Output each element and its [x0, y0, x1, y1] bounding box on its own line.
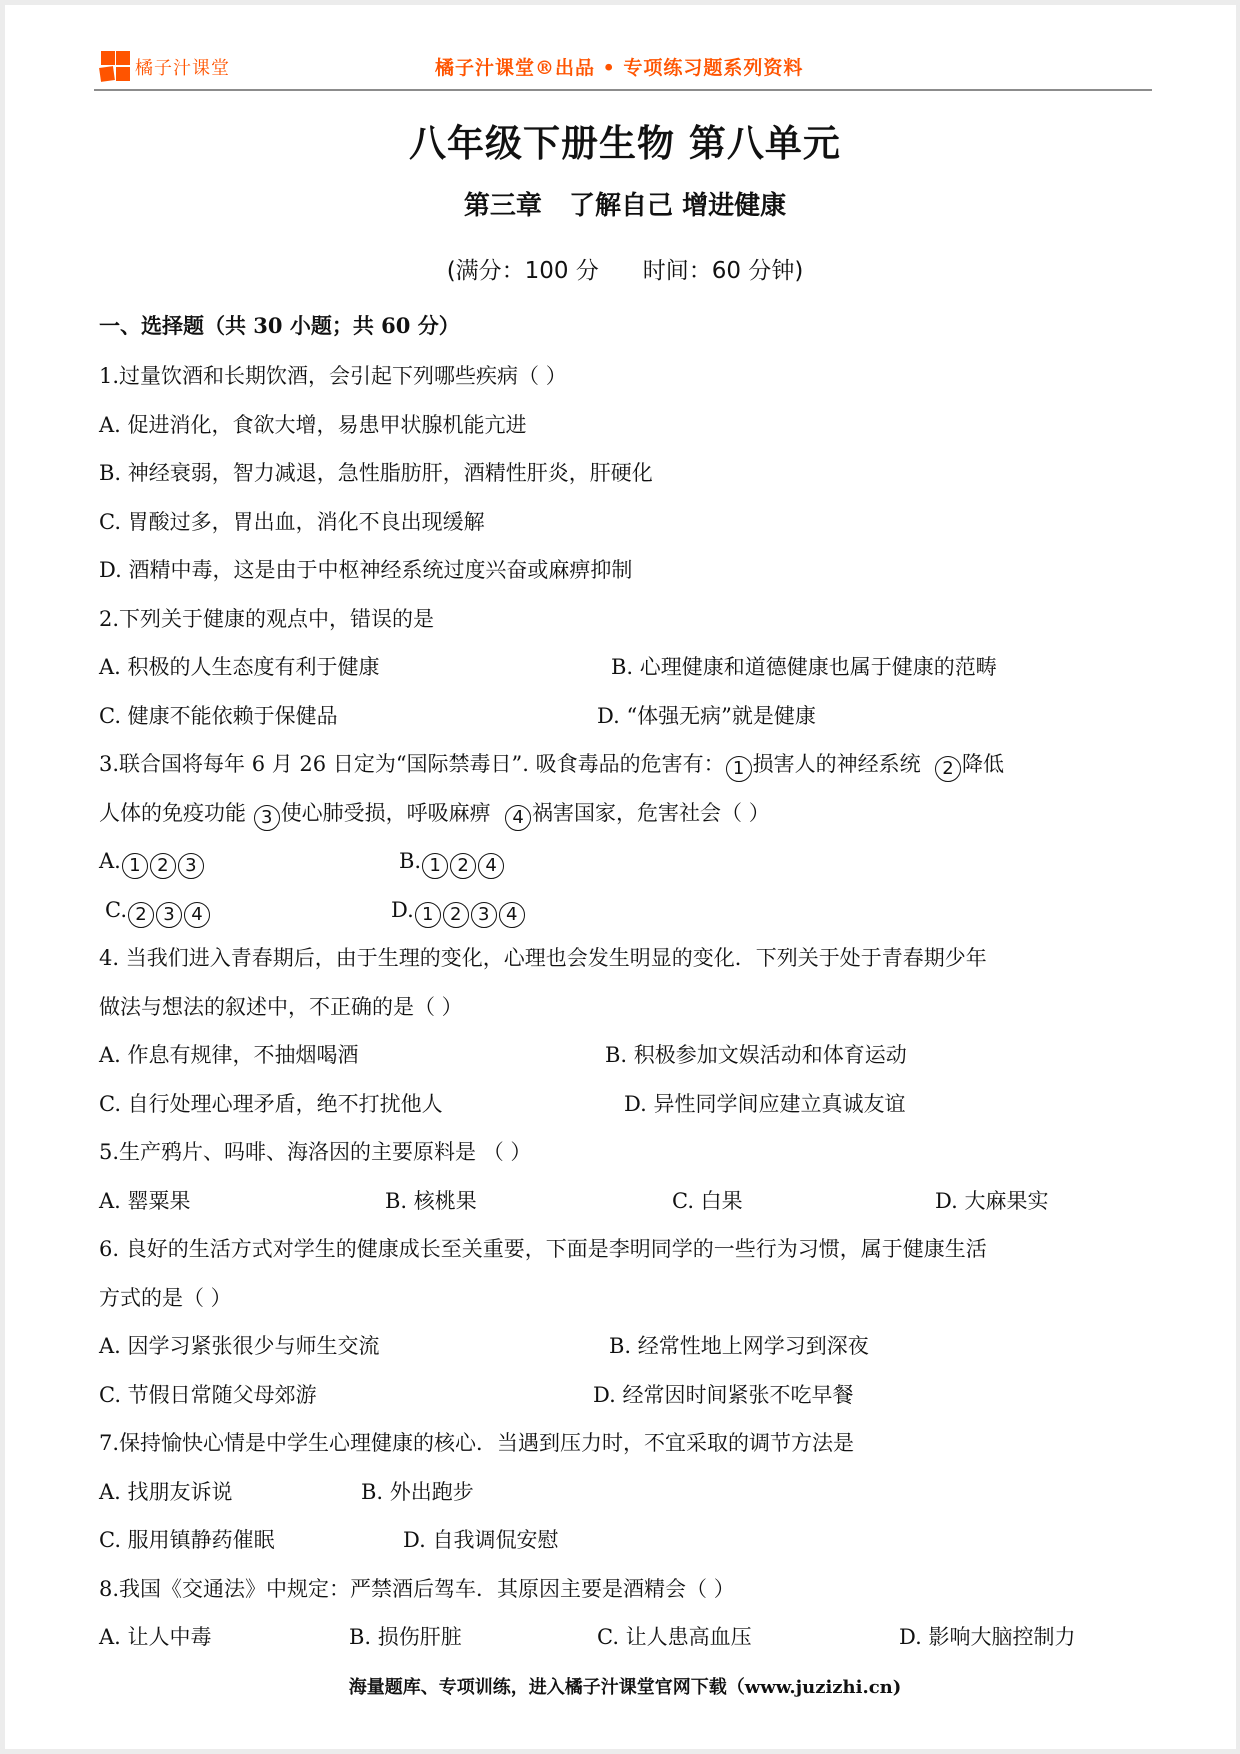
option-a: A. 找朋友诉说: [99, 1472, 233, 1512]
options-row: C.234 D.1234: [99, 890, 1159, 939]
options-row: C. 服用镇静药催眠 D. 自我调侃安慰: [99, 1520, 1159, 1569]
options-row: A. 积极的人生态度有利于健康 B. 心理健康和道德健康也属于健康的范畴: [99, 647, 1159, 696]
circled-number: 2: [935, 756, 961, 782]
option-a: A. 罂粟果: [99, 1181, 191, 1221]
circled-number: 3: [254, 805, 280, 831]
question-2: 2.下列关于健康的观点中，错误的是 A. 积极的人生态度有利于健康 B. 心理健…: [99, 599, 1159, 745]
header-banner: 橘子汁课堂®出品 • 专项练习题系列资料: [435, 53, 803, 80]
options-row: C. 自行处理心理矛盾，绝不打扰他人 D. 异性同学间应建立真诚友谊: [99, 1084, 1159, 1133]
page-footer: 海量题库、专项训练，进入橘子汁课堂官网下载（www.juzizhi.cn): [5, 1673, 1240, 1699]
page-title: 八年级下册生物 第八单元: [5, 113, 1240, 167]
circled-number: 3: [178, 853, 204, 879]
option-c: C.234: [105, 890, 211, 930]
circled-number: 4: [184, 902, 210, 928]
item-text: 使心肺受损，呼吸麻痹: [281, 801, 491, 825]
options-row: A.123 B.124: [99, 841, 1159, 890]
options-row: A. 罂粟果 B. 核桃果 C. 白果 D. 大麻果实: [99, 1181, 1159, 1230]
question-stem: 8.我国《交通法》中规定：严禁酒后驾车．其原因主要是酒精会（ ）: [99, 1569, 1159, 1618]
option-letter: B.: [399, 849, 421, 873]
option-d: D. 自我调侃安慰: [403, 1520, 558, 1560]
question-stem: 7.保持愉快心情是中学生心理健康的核心．当遇到压力时，不宜采取的调节方法是: [99, 1423, 1159, 1472]
option-c: C. 服用镇静药催眠: [99, 1520, 275, 1560]
option-b: B. 心理健康和道德健康也属于健康的范畴: [611, 647, 997, 687]
circled-number: 2: [150, 853, 176, 879]
option-b: B. 经常性地上网学习到深夜: [609, 1326, 869, 1366]
stem-text: 人体的免疫功能: [99, 801, 253, 825]
question-stem: 2.下列关于健康的观点中，错误的是: [99, 599, 1159, 648]
option-letter: C.: [105, 898, 127, 922]
circled-number: 2: [450, 853, 476, 879]
options-row: A. 因学习紧张很少与师生交流 B. 经常性地上网学习到深夜: [99, 1326, 1159, 1375]
question-4: 4. 当我们进入青春期后，由于生理的变化，心理也会发生明显的变化．下列关于处于青…: [99, 938, 1159, 1132]
options-row: C. 健康不能依赖于保健品 D. “体强无病”就是健康: [99, 696, 1159, 745]
question-stem: 3.联合国将每年 6 月 26 日定为“国际禁毒日”. 吸食毒品的危害有：1损害…: [99, 744, 1159, 793]
option-a: A. 作息有规律，不抽烟喝酒: [99, 1035, 359, 1075]
question-stem-cont: 人体的免疫功能 3使心肺受损，呼吸麻痹 4祸害国家，危害社会（ ）: [99, 793, 1159, 842]
circled-number: 4: [478, 853, 504, 879]
question-7: 7.保持愉快心情是中学生心理健康的核心．当遇到压力时，不宜采取的调节方法是 A.…: [99, 1423, 1159, 1569]
circled-number: 2: [443, 902, 469, 928]
option-a: A. 因学习紧张很少与师生交流: [99, 1326, 380, 1366]
circled-number: 3: [156, 902, 182, 928]
option-c: C. 健康不能依赖于保健品: [99, 696, 338, 736]
chapter-title: 第三章 了解自己 增进健康: [5, 185, 1240, 222]
option-b: B. 损伤肝脏: [349, 1617, 462, 1657]
item-text: 降低: [962, 752, 1004, 776]
page-header: 橘子汁课堂 橘子汁课堂®出品 • 专项练习题系列资料: [99, 45, 1152, 91]
item-text: 祸害国家，危害社会（ ）: [532, 801, 770, 825]
circled-number: 1: [726, 756, 752, 782]
option-a: A.123: [99, 841, 205, 881]
option-b: B. 外出跑步: [361, 1472, 474, 1512]
circled-number: 3: [471, 902, 497, 928]
option-c: C. 胃酸过多，胃出血，消化不良出现缓解: [99, 502, 1159, 551]
question-list: 一、选择题（共 30 小题；共 60 分） 1.过量饮酒和长期饮酒，会引起下列哪…: [99, 308, 1159, 1666]
option-d: D. 酒精中毒，这是由于中枢神经系统过度兴奋或麻痹抑制: [99, 550, 1159, 599]
logo-squares-icon: [99, 51, 131, 83]
question-6: 6. 良好的生活方式对学生的健康成长至关重要，下面是李明同学的一些行为习惯，属于…: [99, 1229, 1159, 1423]
option-d: D.1234: [391, 890, 526, 930]
document-page: 橘子汁课堂 橘子汁课堂®出品 • 专项练习题系列资料 八年级下册生物 第八单元 …: [5, 5, 1236, 1749]
question-3: 3.联合国将每年 6 月 26 日定为“国际禁毒日”. 吸食毒品的危害有：1损害…: [99, 744, 1159, 938]
option-c: C. 让人患高血压: [597, 1617, 752, 1657]
question-stem-cont: 做法与想法的叙述中，不正确的是（ ）: [99, 987, 1159, 1036]
section-heading: 一、选择题（共 30 小题；共 60 分）: [99, 308, 1159, 356]
brand-logo: 橘子汁课堂: [99, 49, 230, 85]
question-5: 5.生产鸦片、吗啡、海洛因的主要原料是 （ ） A. 罂粟果 B. 核桃果 C.…: [99, 1132, 1159, 1229]
logo-text: 橘子汁课堂: [135, 54, 230, 80]
options-row: A. 作息有规律，不抽烟喝酒 B. 积极参加文娱活动和体育运动: [99, 1035, 1159, 1084]
question-stem: 6. 良好的生活方式对学生的健康成长至关重要，下面是李明同学的一些行为习惯，属于…: [99, 1229, 1159, 1278]
option-c: C. 节假日常随父母郊游: [99, 1375, 317, 1415]
item-text: 损害人的神经系统: [753, 752, 921, 776]
circled-number: 1: [415, 902, 441, 928]
circled-number: 1: [422, 853, 448, 879]
option-letter: A.: [99, 849, 121, 873]
header-divider: [94, 89, 1152, 91]
option-d: D. 经常因时间紧张不吃早餐: [593, 1375, 853, 1415]
question-stem-cont: 方式的是（ ）: [99, 1278, 1159, 1327]
exam-meta: (满分：100 分 时间：60 分钟): [5, 252, 1240, 285]
option-a: A. 让人中毒: [99, 1617, 212, 1657]
option-a: A. 促进消化，食欲大增，易患甲状腺机能亢进: [99, 405, 1159, 454]
circled-number: 4: [505, 805, 531, 831]
option-a: A. 积极的人生态度有利于健康: [99, 647, 380, 687]
question-stem: 1.过量饮酒和长期饮酒，会引起下列哪些疾病（ ）: [99, 356, 1159, 405]
circled-number: 2: [128, 902, 154, 928]
options-row: C. 节假日常随父母郊游 D. 经常因时间紧张不吃早餐: [99, 1375, 1159, 1424]
option-d: D. 大麻果实: [935, 1181, 1048, 1221]
question-stem: 4. 当我们进入青春期后，由于生理的变化，心理也会发生明显的变化．下列关于处于青…: [99, 938, 1159, 987]
option-letter: D.: [391, 898, 414, 922]
option-d: D. 影响大脑控制力: [899, 1617, 1075, 1657]
option-d: D. 异性同学间应建立真诚友谊: [624, 1084, 905, 1124]
option-d: D. “体强无病”就是健康: [597, 696, 816, 736]
option-b: B. 核桃果: [385, 1181, 477, 1221]
question-1: 1.过量饮酒和长期饮酒，会引起下列哪些疾病（ ） A. 促进消化，食欲大增，易患…: [99, 356, 1159, 599]
circled-number: 1: [122, 853, 148, 879]
question-stem: 5.生产鸦片、吗啡、海洛因的主要原料是 （ ）: [99, 1132, 1159, 1181]
option-c: C. 白果: [672, 1181, 743, 1221]
options-row: A. 找朋友诉说 B. 外出跑步: [99, 1472, 1159, 1521]
stem-text: 3.联合国将每年 6 月 26 日定为“国际禁毒日”. 吸食毒品的危害有：: [99, 752, 725, 776]
option-b: B. 神经衰弱，智力减退，急性脂肪肝，酒精性肝炎，肝硬化: [99, 453, 1159, 502]
option-b: B.124: [399, 841, 505, 881]
circled-number: 4: [499, 902, 525, 928]
option-c: C. 自行处理心理矛盾，绝不打扰他人: [99, 1084, 443, 1124]
options-row: A. 让人中毒 B. 损伤肝脏 C. 让人患高血压 D. 影响大脑控制力: [99, 1617, 1159, 1666]
option-b: B. 积极参加文娱活动和体育运动: [605, 1035, 907, 1075]
question-8: 8.我国《交通法》中规定：严禁酒后驾车．其原因主要是酒精会（ ） A. 让人中毒…: [99, 1569, 1159, 1666]
